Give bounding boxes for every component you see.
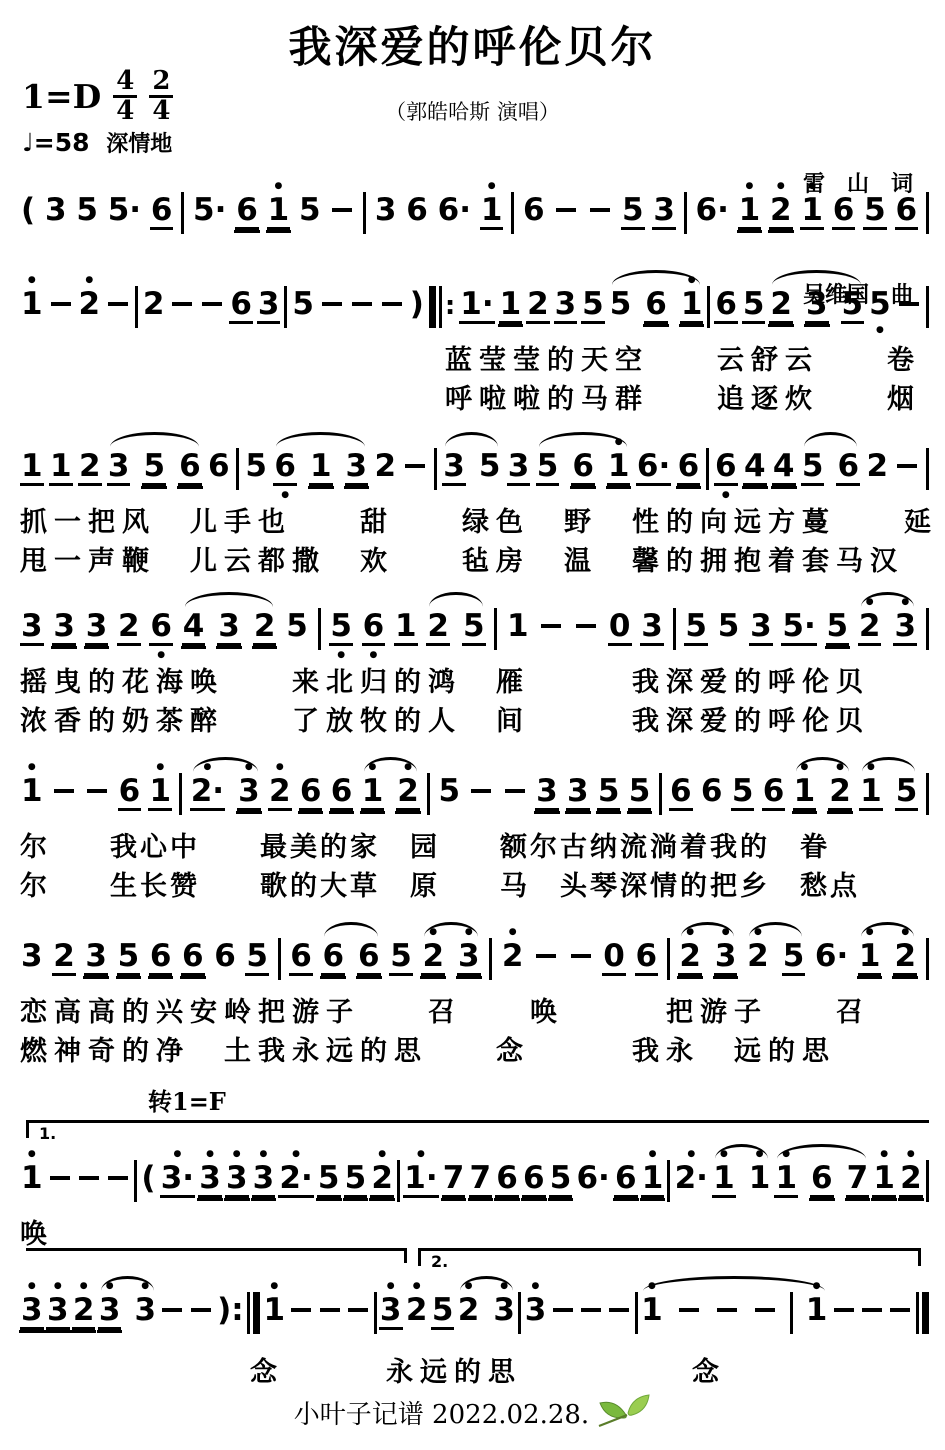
note-glyph: 2	[828, 774, 852, 811]
note-glyph	[79, 1176, 99, 1180]
note-token: 6	[181, 926, 205, 992]
note-glyph: 6	[178, 449, 202, 486]
note-glyph	[571, 954, 591, 958]
time-signature-1: 4 4	[113, 68, 137, 125]
note-token: ●2	[421, 926, 445, 992]
note-token: 5	[536, 436, 560, 502]
dash-note	[894, 436, 920, 499]
note-glyph: 5	[841, 287, 865, 324]
note-glyph: 3	[535, 774, 559, 811]
slur-arc-group: 432	[182, 596, 277, 662]
dash-note	[317, 1280, 343, 1343]
note-token: ●1	[712, 1148, 736, 1214]
dash-note	[51, 761, 77, 824]
note-token: ●3	[893, 596, 917, 662]
note-glyph: 1	[774, 1161, 798, 1198]
note-token: 6	[495, 1148, 519, 1214]
tempo-marking: ♩=58 深情地	[22, 127, 172, 158]
dash-note	[587, 180, 613, 243]
note-token: 4	[182, 596, 206, 662]
note-glyph: 3	[217, 609, 241, 646]
barline	[318, 608, 321, 650]
note-glyph: 6·	[695, 193, 730, 227]
note-token: 1	[49, 436, 73, 502]
note-token: 3	[805, 274, 829, 340]
note-token: ●1	[793, 761, 817, 827]
note-glyph	[382, 302, 402, 306]
barline	[926, 773, 929, 815]
notation-row: 323566656665●2●3●206●2●3●256·●1●2	[20, 918, 929, 992]
music-system-8: 2. ●3●3●2●3●3):●1●3●25●2●3●3●1●1 念 永远的思 …	[20, 1248, 929, 1391]
note-token: 3	[652, 180, 676, 246]
note-glyph: 1	[20, 287, 44, 321]
note-token: 6	[213, 926, 237, 989]
note-glyph: 4	[772, 449, 796, 486]
note-glyph: 6	[810, 1161, 834, 1198]
note-token: 6	[522, 1148, 546, 1214]
note-token: ●2	[72, 1280, 96, 1346]
note-glyph: 5	[298, 193, 322, 227]
note-glyph	[897, 464, 917, 468]
note-token: 2	[117, 596, 141, 662]
dash-note	[159, 1280, 185, 1343]
note-token: ●2	[769, 180, 793, 246]
barline	[179, 773, 182, 815]
note-glyph	[322, 302, 342, 306]
note-token: 5	[117, 926, 141, 992]
note-glyph: 3	[554, 287, 578, 324]
note-token: )	[409, 274, 425, 337]
note-glyph: 2	[421, 939, 445, 976]
note-glyph: 3	[893, 609, 917, 646]
note-token: 0	[602, 926, 626, 992]
note-token: 5	[317, 1148, 341, 1214]
dash-note	[553, 180, 579, 243]
note-glyph: 1	[805, 1293, 829, 1327]
note-token: 5	[597, 761, 621, 827]
note-token: 5	[438, 761, 462, 824]
note-token: 4	[743, 436, 767, 502]
note-glyph: 5	[244, 449, 268, 483]
note-glyph: 1	[607, 449, 631, 486]
note-glyph: 0	[608, 609, 632, 646]
note-glyph: 2	[72, 1293, 96, 1330]
barline	[706, 448, 709, 490]
note-glyph: )	[409, 287, 425, 321]
note-token: 6	[836, 436, 860, 502]
note-token: 2	[526, 274, 550, 340]
dash-note	[199, 274, 225, 337]
note-glyph: 2	[396, 774, 420, 811]
note-glyph	[755, 1308, 775, 1312]
dash-note	[573, 596, 599, 659]
note-glyph: 6	[299, 774, 323, 811]
note-glyph: 6	[118, 774, 142, 811]
note-token: 5	[841, 274, 865, 340]
note-glyph: 6	[362, 609, 386, 646]
note-glyph: 5	[628, 774, 652, 811]
note-glyph: 6	[762, 774, 786, 811]
barline	[181, 192, 184, 234]
note-token: 6●	[273, 436, 297, 502]
notation-row: ●1●22635):1·123556●1652355●	[20, 266, 929, 340]
note-glyph: 2	[268, 774, 292, 811]
note-glyph: 2	[899, 1161, 923, 1198]
note-token: 5	[244, 436, 268, 499]
barline	[494, 608, 497, 650]
note-glyph: 6	[181, 939, 205, 976]
note-glyph: 5	[684, 609, 708, 646]
note-glyph: 3	[257, 287, 281, 324]
note-token: 0	[608, 596, 632, 662]
note-glyph: 5	[245, 939, 269, 976]
note-glyph: 2	[370, 1161, 394, 1198]
dash-note	[402, 436, 428, 499]
note-glyph: 6	[895, 193, 919, 230]
dash-note	[48, 274, 74, 337]
dash-note	[349, 274, 375, 337]
modulation-label: 转1=F	[148, 1082, 226, 1117]
note-glyph: 5	[597, 774, 621, 811]
note-token: 5	[291, 274, 315, 337]
note-glyph: 3	[652, 193, 676, 230]
note-glyph: 3	[85, 609, 109, 646]
notation-row: ●1(●3·●3●3●3●2·55●2●1·776656·6●1●2·●1●1●…	[20, 1140, 929, 1214]
octave-dot-below: ●	[722, 490, 730, 502]
octave-dot-above: ●	[720, 1148, 728, 1161]
note-token: 5	[628, 761, 652, 827]
note-glyph: 6	[357, 939, 381, 976]
note-token: 1	[20, 436, 44, 502]
note-token: 7	[469, 1148, 493, 1214]
note-token: ●1	[774, 1148, 798, 1214]
note-glyph	[108, 302, 128, 306]
note-token: 5	[462, 596, 486, 662]
barline	[427, 773, 430, 815]
note-token: 5	[285, 596, 309, 659]
dash-note	[84, 761, 110, 824]
note-glyph	[108, 1176, 128, 1180]
note-glyph: 2·	[278, 1161, 313, 1198]
note-glyph: 5	[621, 193, 645, 230]
note-token: 6	[235, 180, 259, 246]
note-token: 6	[762, 761, 786, 827]
octave-dot-above: ●	[465, 1280, 473, 1293]
note-token: 3	[374, 180, 398, 243]
note-glyph: 1	[148, 774, 172, 811]
note-token: 6	[150, 180, 174, 246]
note-token: 6	[229, 274, 253, 340]
note-token: ●1	[748, 1148, 772, 1211]
volta-1-bracket: 1.	[26, 1120, 929, 1138]
note-glyph: 6	[495, 1161, 519, 1198]
note-token: ●1	[680, 274, 704, 340]
note-glyph: (	[140, 1161, 156, 1195]
note-glyph: 1	[309, 449, 333, 486]
note-token: 1	[506, 596, 530, 659]
note-glyph: 5	[291, 287, 315, 321]
volta-2-bracket: 2.	[418, 1248, 921, 1266]
expression-marking: 深情地	[106, 132, 172, 157]
footer: 小叶子记谱 2022.02.28.	[0, 1390, 945, 1435]
slur-arc-group: ●3●3	[98, 1280, 157, 1346]
note-glyph: 3	[492, 1293, 516, 1327]
note-token: ●1	[800, 180, 824, 246]
note-glyph: 6	[832, 193, 856, 230]
note-token: ●2	[405, 1280, 429, 1343]
slur-arc-group: ●1●2	[361, 761, 420, 827]
note-glyph: 2	[893, 939, 917, 976]
note-glyph: 1	[793, 774, 817, 811]
note-glyph: 3	[20, 1293, 44, 1330]
note-glyph: 2	[457, 1293, 481, 1327]
octave-dot-below: ●	[876, 325, 884, 337]
slur-arc-group: ●2·●3	[190, 761, 261, 827]
dash-note	[105, 274, 131, 337]
barline	[667, 1160, 670, 1202]
note-token: 5	[826, 596, 850, 662]
note-glyph	[348, 1308, 368, 1312]
dash-note	[859, 1280, 885, 1343]
note-token: 5	[431, 1280, 455, 1346]
note-token: 5	[75, 180, 99, 243]
note-glyph: 5	[731, 774, 755, 811]
dash-note	[887, 1280, 913, 1343]
note-glyph	[405, 464, 425, 468]
dash-note	[606, 1280, 632, 1343]
dash-note	[468, 761, 494, 824]
octave-dot-below: ●	[370, 650, 378, 662]
note-token: ●2	[746, 926, 770, 989]
note-glyph: 6	[149, 609, 173, 646]
final-double-barline	[916, 1292, 929, 1334]
note-glyph: 5	[826, 609, 850, 646]
note-glyph: 1	[872, 1161, 896, 1198]
note-token: 4	[772, 436, 796, 502]
note-glyph: 5	[462, 609, 486, 646]
note-glyph	[54, 789, 74, 793]
note-token: 5	[142, 436, 166, 502]
note-token: 2	[253, 596, 277, 662]
dash-note	[533, 926, 559, 989]
note-token: 5·	[781, 596, 816, 662]
slur-arc-group: 235	[769, 274, 864, 340]
notation-row: 112356656●13235356●16·66●44562	[20, 428, 929, 502]
note-glyph: 2	[865, 449, 889, 483]
note-glyph: 3·	[160, 1161, 195, 1198]
lyrics-row: 抓一把风 儿手也 甜 绿色 野 性的向远方蔓 延	[20, 504, 929, 541]
barline	[673, 608, 676, 650]
note-glyph	[471, 789, 491, 793]
note-glyph: 5	[609, 287, 633, 321]
dash-note	[896, 274, 922, 337]
note-token: 6·	[636, 436, 671, 502]
note-token: ●3	[379, 1280, 403, 1346]
key-signature: 1=D 4 4 2 4	[22, 68, 173, 125]
note-token: ●1	[640, 1280, 664, 1343]
note-token: ●3	[237, 761, 261, 827]
dash-note	[169, 274, 195, 337]
note-glyph: 3	[133, 1293, 157, 1327]
slur-arc-group: ●1●2	[793, 761, 852, 827]
volta-2-label: 2.	[431, 1252, 448, 1271]
dash-note	[47, 1148, 73, 1211]
note-glyph: 6	[571, 449, 595, 486]
note-token: ●1·	[403, 1148, 438, 1214]
note-token: ●2	[457, 1280, 481, 1343]
note-token: 6	[571, 436, 595, 502]
notation-row: 33326●43255●6●1251035535·5●2●3	[20, 588, 929, 662]
sheet-music-page: 我深爱的呼伦贝尔 （郭皓哈斯 演唱） 1=D 4 4 2 4 ♩=58 深情地 …	[0, 0, 945, 1450]
note-glyph: 5	[285, 609, 309, 643]
octave-dot-above: ●	[754, 926, 762, 939]
note-glyph: 6	[714, 449, 738, 486]
note-token: (	[140, 1148, 156, 1211]
note-glyph: 6	[213, 939, 237, 973]
note-glyph: 5	[344, 1161, 368, 1198]
note-token: 3	[442, 436, 466, 502]
note-token: ●1	[480, 180, 504, 246]
note-glyph: 5	[868, 287, 892, 321]
note-glyph: 3	[640, 609, 664, 646]
note-token: 2	[865, 436, 889, 499]
note-token: ●2·	[278, 1148, 313, 1214]
octave-dot-above: ●	[901, 596, 909, 609]
note-glyph	[590, 208, 610, 212]
note-glyph: 3	[107, 449, 131, 486]
note-glyph: 6·	[575, 1161, 610, 1195]
note-token: 5	[863, 180, 887, 246]
note-glyph: 6	[714, 287, 738, 324]
note-token: 3	[749, 596, 773, 662]
notation-row: ●3●3●2●3●3):●1●3●25●2●3●3●1●1	[20, 1272, 929, 1346]
octave-dot-above: ●	[813, 1280, 821, 1293]
note-token: ●3	[46, 1280, 70, 1346]
octave-dot-above: ●	[500, 1280, 508, 1293]
note-token: 1	[499, 274, 523, 340]
note-glyph	[890, 1308, 910, 1312]
note-glyph: 6·	[636, 449, 671, 486]
note-glyph: 2	[746, 939, 770, 973]
note-glyph: 5	[895, 774, 919, 811]
note-glyph: 6	[229, 287, 253, 324]
note-token: 6	[321, 926, 345, 992]
dash-note	[578, 1280, 604, 1343]
note-token: ●2	[828, 761, 852, 827]
note-token: 6·	[437, 180, 472, 243]
note-token: ●3	[225, 1148, 249, 1214]
note-glyph	[332, 208, 352, 212]
note-token: 3	[44, 180, 68, 243]
note-token: 6●	[362, 596, 386, 662]
leaf-icon	[597, 1390, 651, 1435]
note-glyph: 6·	[814, 939, 849, 973]
note-glyph: 3	[442, 449, 466, 486]
note-glyph: 2	[142, 287, 166, 321]
note-token: 3	[640, 596, 664, 662]
note-token: 6	[357, 926, 381, 992]
lyrics-row: 恋高高的兴安岭把游子 召 唤 把游子 召	[20, 994, 929, 1031]
note-token: 5●	[868, 274, 892, 337]
note-token: 7	[846, 1148, 870, 1214]
barline	[707, 286, 710, 328]
note-token: 5	[389, 926, 413, 992]
note-glyph: 7	[846, 1161, 870, 1198]
note-token: ●2	[899, 1148, 923, 1214]
note-glyph: 6	[635, 939, 659, 976]
note-glyph: 5	[75, 193, 99, 227]
note-token: ●3	[714, 926, 738, 992]
note-token: 2	[769, 274, 793, 340]
slur-arc-group: 6●13	[273, 436, 368, 502]
note-glyph: 5	[863, 193, 887, 230]
note-glyph: 1	[712, 1161, 736, 1198]
octave-dot-below: ●	[281, 490, 289, 502]
slur-arc-group: 56●1	[536, 436, 631, 502]
barline	[926, 448, 929, 490]
note-token: ●1	[738, 180, 762, 246]
note-glyph: 1	[859, 774, 883, 811]
note-glyph: 3	[46, 1293, 70, 1330]
note-token: 6·	[575, 1148, 610, 1211]
barline	[363, 192, 366, 234]
slur-arc-group: 56	[801, 436, 860, 502]
note-glyph: 3	[749, 609, 773, 646]
note-glyph: 2	[678, 939, 702, 976]
note-token: ●2	[268, 761, 292, 827]
note-glyph: 6	[289, 939, 313, 976]
note-glyph: 6	[522, 1161, 546, 1198]
note-glyph: 5	[478, 449, 502, 483]
note-token: ●1	[641, 1148, 665, 1214]
note-glyph: 3	[345, 449, 369, 486]
lyrics-row: 呼啦啦的马群 追逐炊 烟	[20, 381, 929, 418]
barline	[926, 286, 929, 328]
dash-note	[714, 1280, 740, 1343]
note-glyph: 5	[431, 1293, 455, 1330]
note-token: 6	[178, 436, 202, 502]
note-glyph: 6	[669, 774, 693, 811]
dash-note	[379, 274, 405, 337]
barline	[926, 1160, 929, 1202]
note-glyph: 6	[522, 193, 546, 227]
slur-arc-group: ●1●1	[640, 1280, 828, 1343]
lyrics-row: 念 永远的思 念	[20, 1354, 929, 1391]
note-token: ●1	[20, 274, 44, 337]
slur-arc-group: 56●1	[609, 274, 704, 340]
note-token: 6	[669, 761, 693, 827]
note-glyph: 5	[142, 449, 166, 486]
note-glyph	[609, 1308, 629, 1312]
note-token: ●3	[198, 1148, 222, 1214]
song-title: 我深爱的呼伦贝尔	[0, 14, 945, 75]
note-token: 6	[614, 1148, 638, 1214]
note-token: 5	[298, 180, 322, 243]
barline	[397, 1160, 400, 1202]
note-glyph: 2	[426, 609, 450, 646]
note-token: 6	[149, 926, 173, 992]
note-glyph: 6	[207, 449, 231, 483]
note-glyph: 5	[536, 449, 560, 486]
note-token: ●2	[858, 596, 882, 662]
note-token: 6·	[814, 926, 849, 989]
note-glyph: 3	[20, 939, 44, 973]
note-glyph: 3	[524, 1293, 548, 1327]
note-glyph: 4	[182, 609, 206, 646]
note-glyph	[536, 954, 556, 958]
slur-arc-group: ●25	[746, 926, 805, 992]
note-token: 1	[394, 596, 418, 662]
